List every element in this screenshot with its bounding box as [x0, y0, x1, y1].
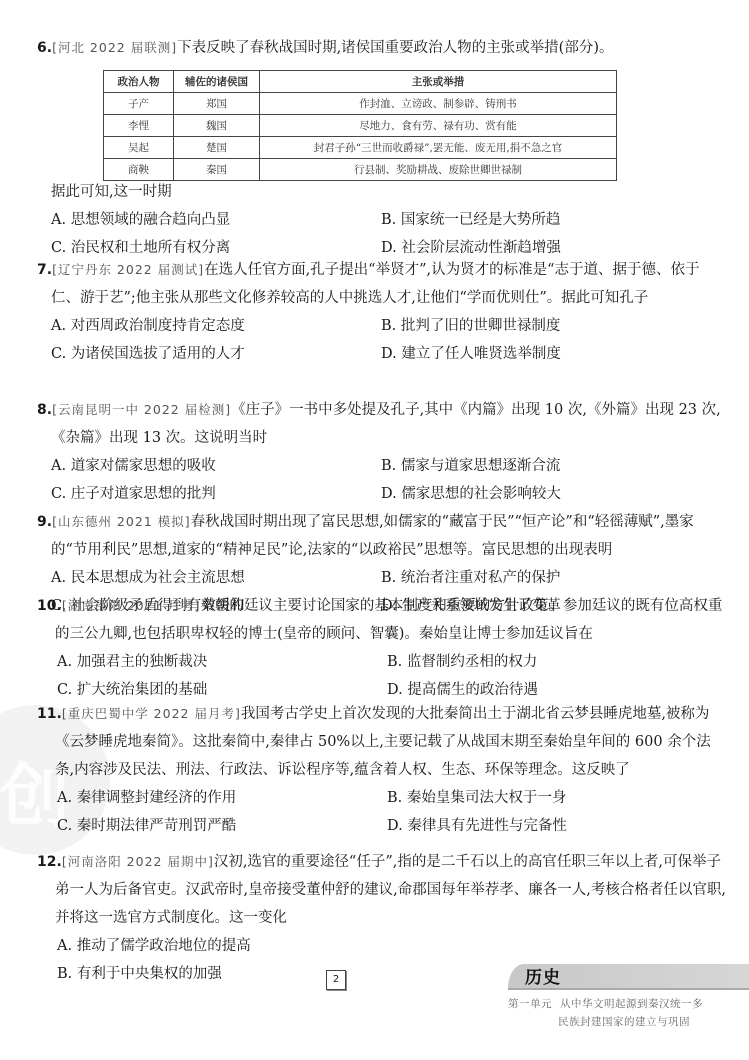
col-header-state: 辅佐的诸侯国: [174, 71, 260, 93]
question-source: [辽宁丹东 2022 届测试]: [52, 262, 204, 277]
question-stem: 7.[辽宁丹东 2022 届测试]在选人任官方面,孔子提出“举贤才”,认为贤才的…: [37, 256, 727, 312]
cell-measures: 作封洫、立谤政、制参辟、铸刑书: [260, 93, 617, 115]
after-table-text: 据此可知,这一时期: [37, 178, 727, 206]
option-b[interactable]: B. 秦始皇集司法大权于一身: [387, 784, 717, 812]
question-stem: 6.[河北 2022 届联测]下表反映了春秋战国时期,诸侯国重要政治人物的主张或…: [37, 34, 727, 62]
unit-title-line1: 从中华文明起源到秦汉统一多: [560, 998, 703, 1010]
option-b[interactable]: B. 批判了旧的世卿世禄制度: [381, 312, 711, 340]
question-number: 8.: [37, 402, 52, 418]
option-d[interactable]: D. 秦律具有先进性与完备性: [387, 812, 717, 840]
question-stem: 12.[河南洛阳 2022 届期中]汉初,选官的重要途径“任子”,指的是二千石以…: [37, 848, 727, 932]
option-a[interactable]: A. 对西周政治制度持肯定态度: [51, 312, 381, 340]
unit-info: 第一单元从中华文明起源到秦汉统一多 民族封建国家的建立与巩固: [508, 995, 703, 1031]
option-a[interactable]: A. 道家对儒家思想的吸收: [51, 452, 381, 480]
option-b[interactable]: B. 儒家与道家思想逐渐合流: [381, 452, 711, 480]
option-c[interactable]: C. 庄子对道家思想的批判: [51, 480, 381, 508]
subject-title: 历史: [525, 963, 561, 988]
cell-state: 楚国: [174, 137, 260, 159]
politicians-table: 政治人物 辅佐的诸侯国 主张或举措 子产 郑国 作封洫、立谤政、制参辟、铸刑书 …: [103, 70, 617, 181]
cell-measures: 尽地力、食有劳、禄有功、赏有能: [260, 115, 617, 137]
cell-measures: 封君子孙“三世而收爵禄”,罢无能、废无用,捐不急之官: [260, 137, 617, 159]
option-c[interactable]: C. 为诸侯国选拔了适用的人才: [51, 340, 381, 368]
question-source: [云南昆明一中 2022 届检测]: [52, 402, 231, 417]
options-grid: A. 对西周政治制度持肯定态度 B. 批判了旧的世卿世禄制度 C. 为诸侯国选拔…: [37, 312, 727, 368]
option-a[interactable]: A. 思想领域的融合趋向凸显: [51, 206, 381, 234]
col-header-person: 政治人物: [104, 71, 174, 93]
option-a[interactable]: A. 加强君主的独断裁决: [57, 648, 387, 676]
options-grid: A. 加强君主的独断裁决 B. 监督制约丞相的权力 C. 扩大统治集团的基础 D…: [37, 648, 727, 704]
option-d[interactable]: D. 儒家思想的社会影响较大: [381, 480, 711, 508]
question-10: 10.[湖南邵阳 2021 月考]秦朝的廷议主要讨论国家的基本制度和重要的方针政…: [37, 592, 727, 704]
option-c[interactable]: C. 秦时期法律严苛刑罚严酷: [57, 812, 387, 840]
option-b[interactable]: B. 监督制约丞相的权力: [387, 648, 717, 676]
question-number: 11.: [37, 706, 62, 722]
page-number: 2: [326, 970, 346, 990]
table-row: 吴起 楚国 封君子孙“三世而收爵禄”,罢无能、废无用,捐不急之官: [104, 137, 617, 159]
question-number: 12.: [37, 854, 62, 870]
option-b[interactable]: B. 国家统一已经是大势所趋: [381, 206, 711, 234]
options-grid: A. 思想领域的融合趋向凸显 B. 国家统一已经是大势所趋 C. 治民权和土地所…: [37, 206, 727, 262]
options-grid: A. 道家对儒家思想的吸收 B. 儒家与道家思想逐渐合流 C. 庄子对道家思想的…: [37, 452, 727, 508]
question-number: 7.: [37, 262, 52, 278]
question-source: [湖南邵阳 2021 月考]: [62, 598, 201, 613]
table-row: 子产 郑国 作封洫、立谤政、制参辟、铸刑书: [104, 93, 617, 115]
question-7: 7.[辽宁丹东 2022 届测试]在选人任官方面,孔子提出“举贤才”,认为贤才的…: [37, 256, 727, 368]
question-8: 8.[云南昆明一中 2022 届检测]《庄子》一书中多处提及孔子,其中《内篇》出…: [37, 396, 727, 508]
question-source: [河北 2022 届联测]: [52, 40, 177, 55]
question-number: 10.: [37, 598, 62, 614]
question-stem: 11.[重庆巴蜀中学 2022 届月考]我国考古学史上首次发现的大批秦简出土于湖…: [37, 700, 727, 784]
option-a[interactable]: A. 推动了儒学政治地位的提高: [57, 932, 717, 960]
table-header-row: 政治人物 辅佐的诸侯国 主张或举措: [104, 71, 617, 93]
question-6-options: 据此可知,这一时期 A. 思想领域的融合趋向凸显 B. 国家统一已经是大势所趋 …: [37, 178, 727, 262]
cell-person: 子产: [104, 93, 174, 115]
stem-text: 下表反映了春秋战国时期,诸侯国重要政治人物的主张或举措(部分)。: [177, 40, 613, 56]
question-stem: 10.[湖南邵阳 2021 月考]秦朝的廷议主要讨论国家的基本制度和重要的方针政…: [37, 592, 727, 648]
table-row: 李悝 魏国 尽地力、食有劳、禄有功、赏有能: [104, 115, 617, 137]
question-source: [重庆巴蜀中学 2022 届月考]: [62, 706, 241, 721]
question-11: 11.[重庆巴蜀中学 2022 届月考]我国考古学史上首次发现的大批秦简出土于湖…: [37, 700, 727, 840]
cell-person: 李悝: [104, 115, 174, 137]
unit-label: 第一单元: [508, 998, 552, 1010]
cell-person: 吴起: [104, 137, 174, 159]
cell-state: 郑国: [174, 93, 260, 115]
option-d[interactable]: D. 建立了任人唯贤选举制度: [381, 340, 711, 368]
question-number: 6.: [37, 40, 52, 56]
option-a[interactable]: A. 秦律调整封建经济的作用: [57, 784, 387, 812]
option-a[interactable]: A. 民本思想成为社会主流思想: [51, 564, 381, 592]
option-b[interactable]: B. 统治者注重对私产的保护: [381, 564, 711, 592]
question-source: [山东德州 2021 模拟]: [52, 514, 191, 529]
question-stem: 9.[山东德州 2021 模拟]春秋战国时期出现了富民思想,如儒家的“藏富于民”…: [37, 508, 727, 564]
question-source: [河南洛阳 2022 届期中]: [62, 854, 214, 869]
options-grid: A. 秦律调整封建经济的作用 B. 秦始皇集司法大权于一身 C. 秦时期法律严苛…: [37, 784, 727, 840]
col-header-measures: 主张或举措: [260, 71, 617, 93]
question-stem: 8.[云南昆明一中 2022 届检测]《庄子》一书中多处提及孔子,其中《内篇》出…: [37, 396, 727, 452]
unit-title-line2: 民族封建国家的建立与巩固: [508, 1013, 703, 1031]
question-6: 6.[河北 2022 届联测]下表反映了春秋战国时期,诸侯国重要政治人物的主张或…: [37, 34, 727, 62]
question-number: 9.: [37, 514, 52, 530]
cell-state: 魏国: [174, 115, 260, 137]
